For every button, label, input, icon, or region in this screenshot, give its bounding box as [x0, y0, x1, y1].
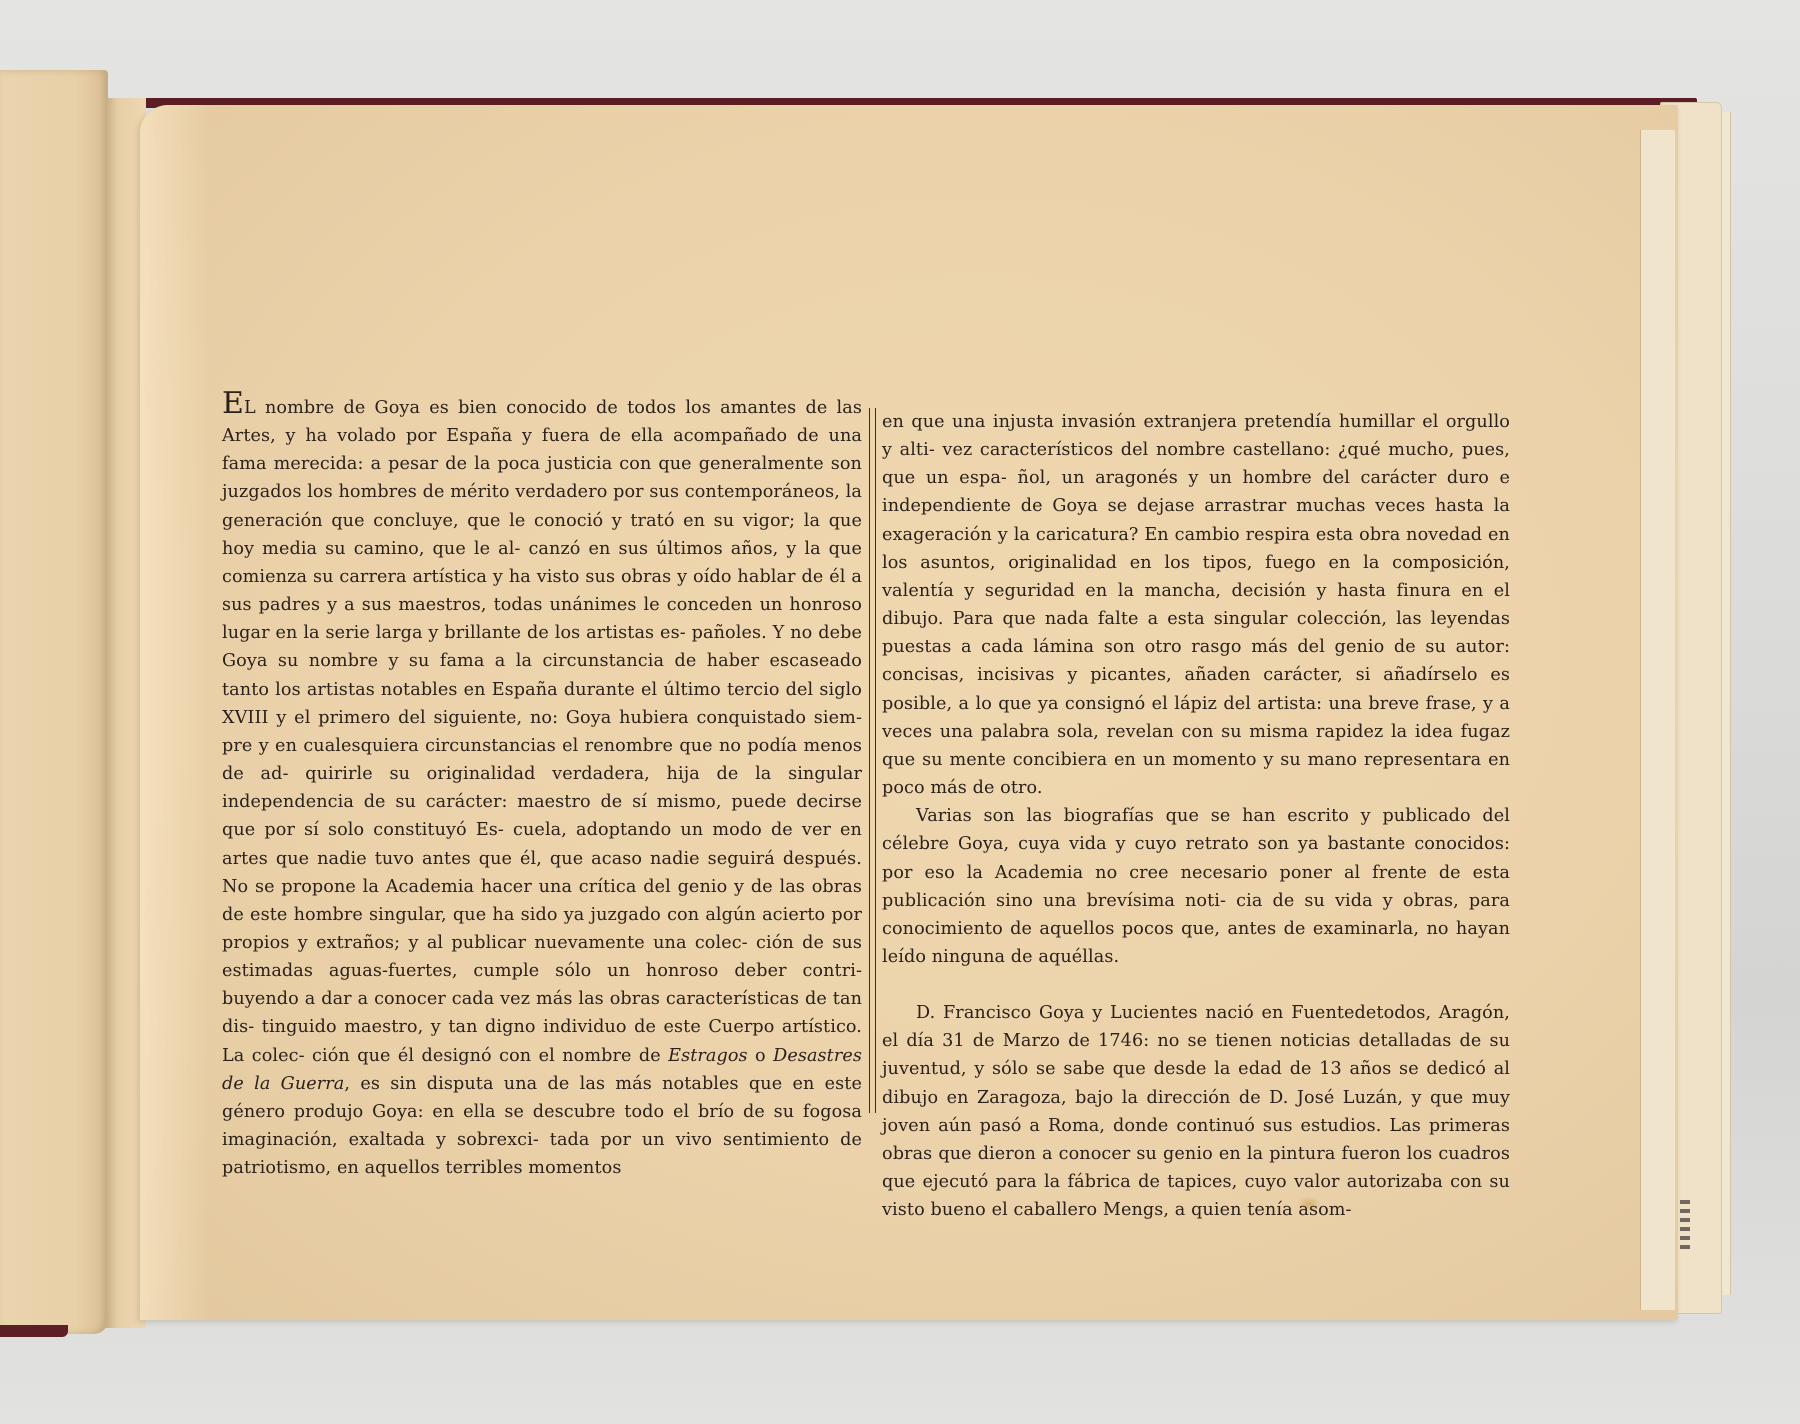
book-cover-corner [0, 1325, 68, 1337]
paragraph-biography-start: D. Francisco Goya y Lucientes nació en F… [882, 999, 1510, 1224]
text-fragment: , es [344, 1074, 380, 1094]
text-column-left: EL nombre de Goya es bien conocido de to… [222, 394, 862, 1182]
paragraph-spacer [882, 971, 1510, 999]
italic-title: Estragos [668, 1046, 748, 1066]
page-right-margin-strip [1640, 130, 1675, 1310]
drop-cap: E [222, 386, 244, 421]
left-page-blank [0, 70, 108, 1334]
drop-cap-rest: L [244, 398, 256, 418]
edge-ink-marks [1680, 1200, 1690, 1252]
paragraph-biographies: Varias son las biografías que se han esc… [882, 802, 1510, 971]
column-divider-double-rule [869, 408, 876, 1113]
text-fragment: o [748, 1046, 773, 1066]
paragraph-intro: EL nombre de Goya es bien conocido de to… [222, 394, 862, 1182]
text-line: ción que él designó con el nombre de [312, 1046, 668, 1066]
paragraph-continued: en que una injusta invasión extranjera p… [882, 408, 1510, 802]
text-column-right: en que una injusta invasión extranjera p… [882, 408, 1510, 1224]
